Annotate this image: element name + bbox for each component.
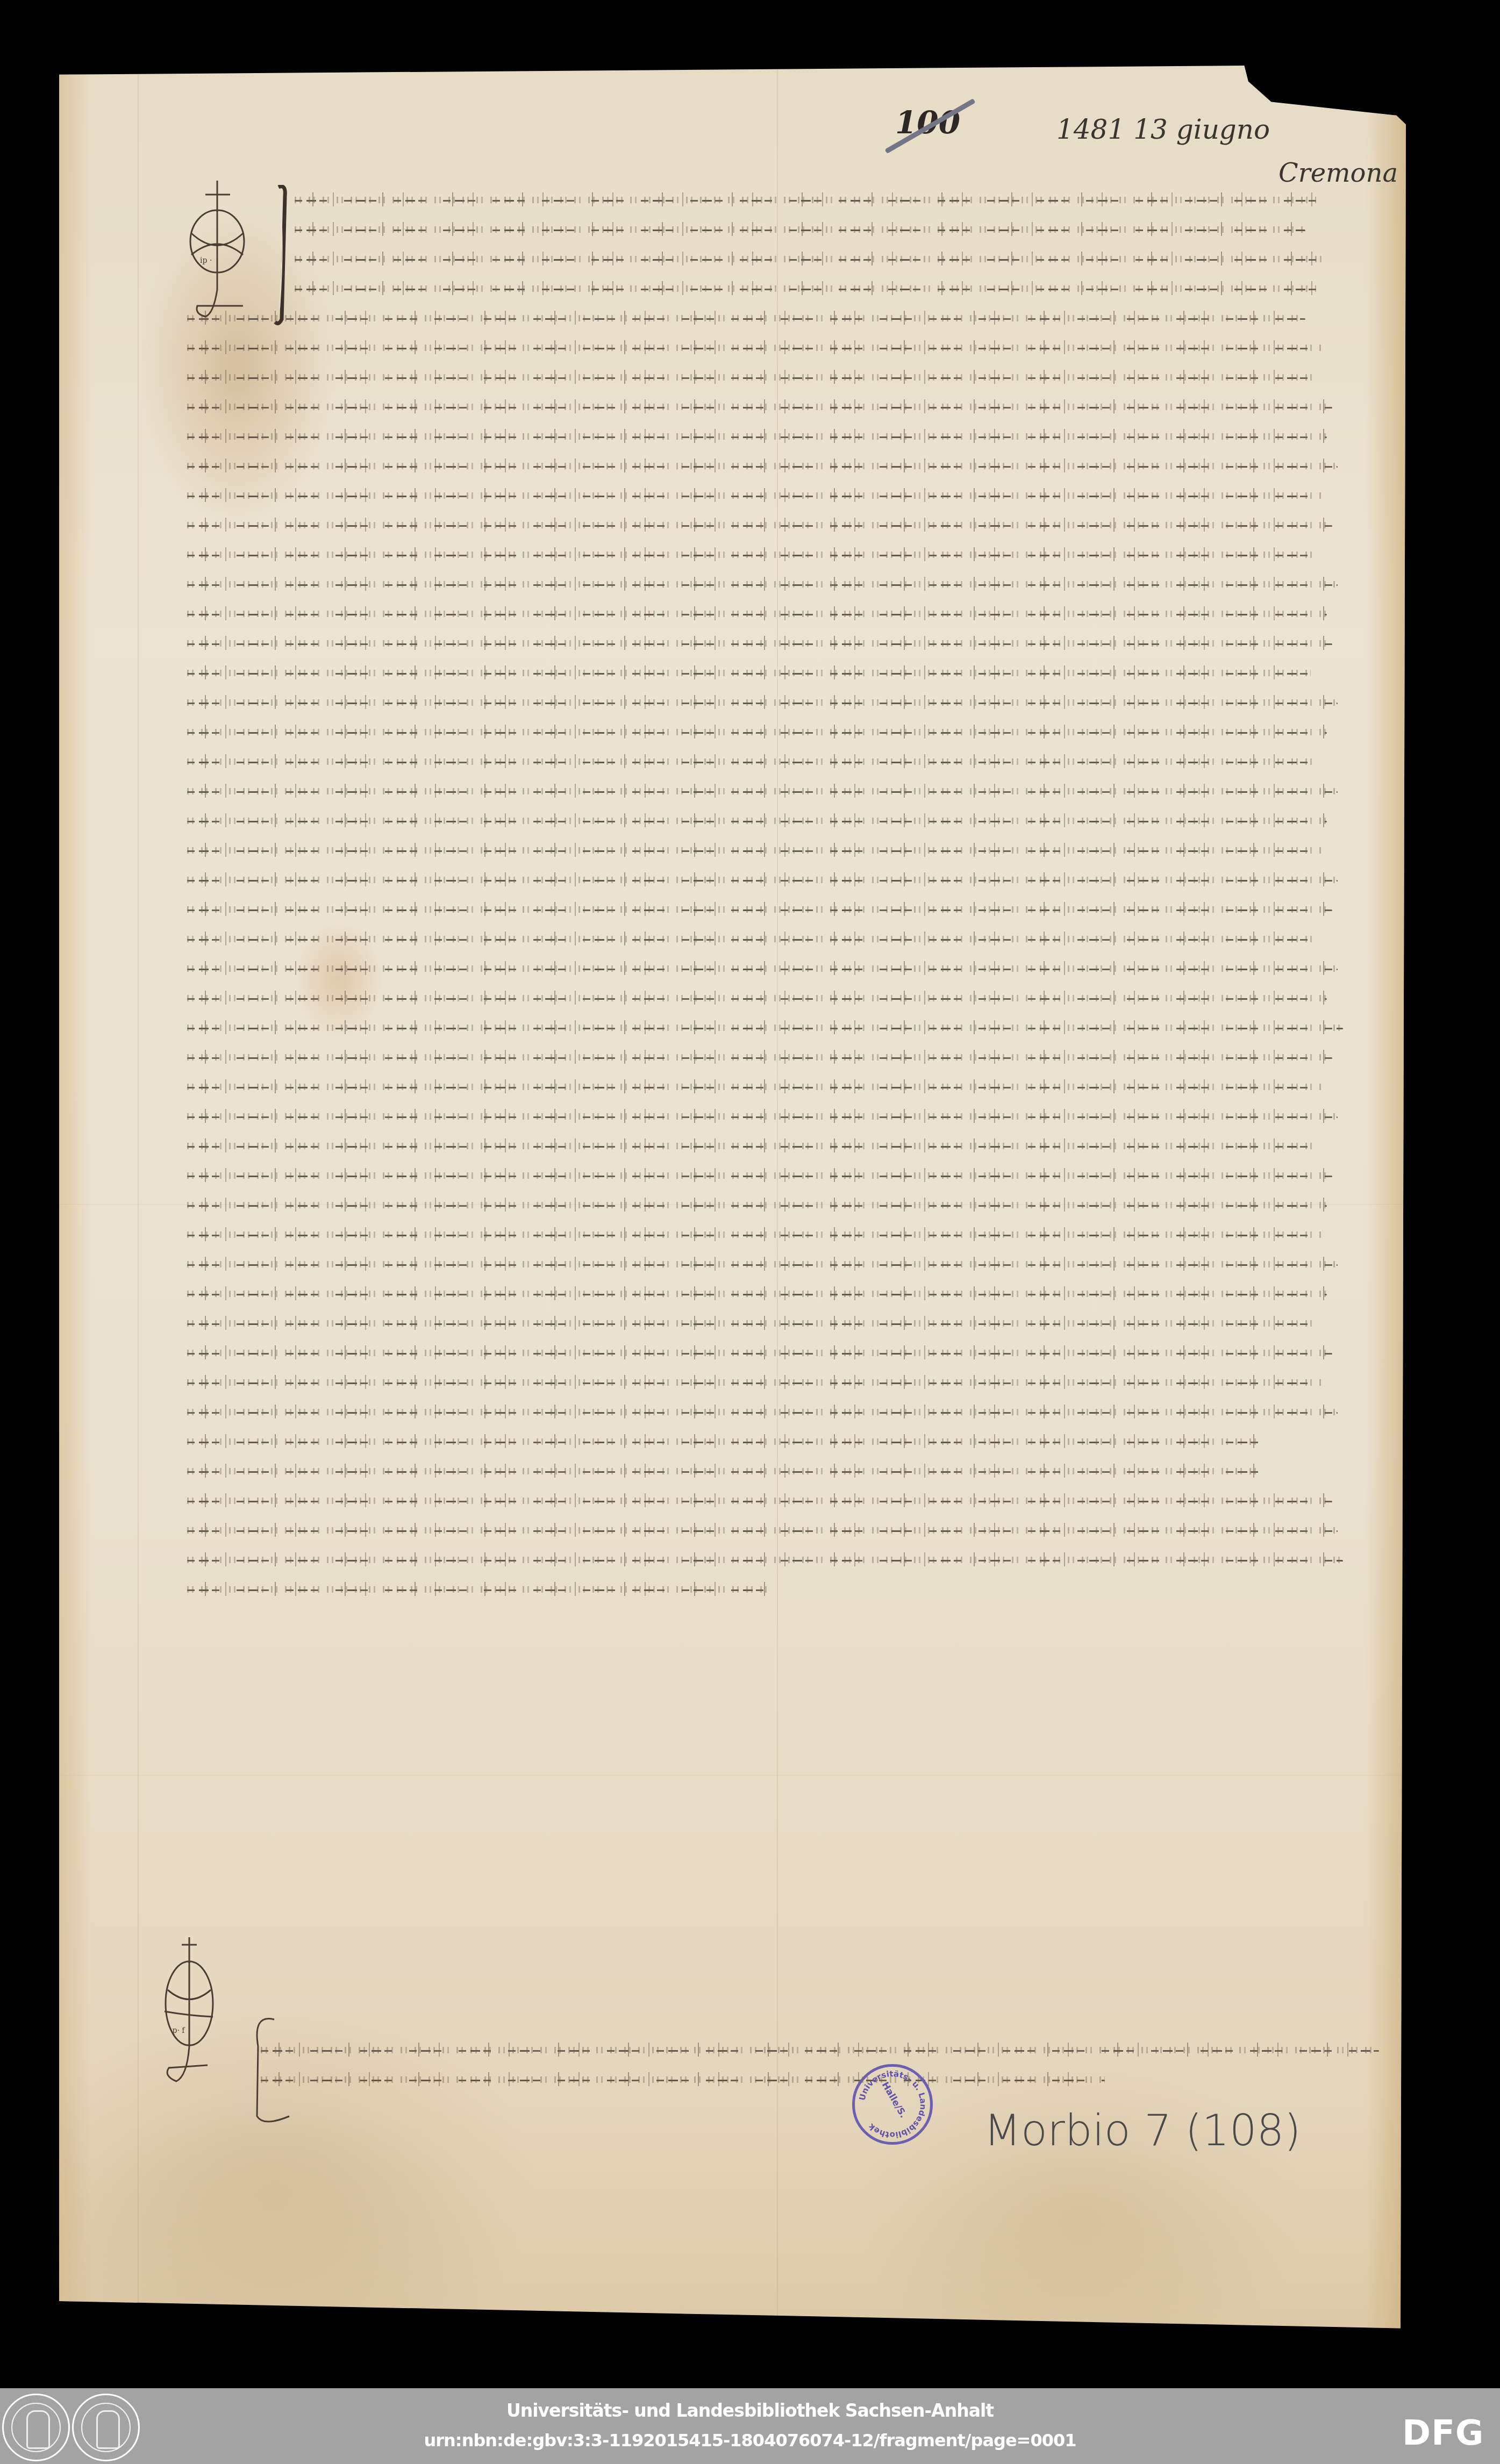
document-viewer: 100 1481 13 giugno Cremona ip · [0, 0, 1500, 2388]
text-line: ... ... ... ... ... omnia [187, 1578, 1359, 1607]
struck-folio-number: 100 [895, 104, 960, 141]
text-line: ... de ... Cremone ... [187, 425, 1359, 454]
text-line: ... ... ... ... [187, 957, 1359, 986]
text-line: ... Johannis ... [187, 484, 1359, 513]
text-line: ... ... ... ... [187, 720, 1359, 750]
svg-text:·p· f: ·p· f [170, 2026, 185, 2035]
library-stamp: Universitäts- u. Landesbibliothek Halle/… [852, 2064, 933, 2145]
text-line: ... Johannem Crispi ... [187, 1223, 1359, 1252]
text-line: ... Johannem ... [187, 602, 1359, 632]
date-annotation: 1481 13 giugno [1056, 114, 1270, 145]
text-line: ... ... ... ... [187, 1134, 1359, 1164]
manuscript-body-text: In Christi nomine Amen. Anno ab Incarnat… [187, 188, 1359, 1607]
text-line: ... ... ... ... [187, 898, 1359, 927]
text-line: ... ... ... ... [187, 1164, 1359, 1193]
text-line: ... Johanni Crispi ... [187, 750, 1359, 779]
text-line: ... ... ... ... [187, 839, 1359, 868]
text-line: ... Johannes Crispi ... [187, 691, 1359, 720]
text-line: ... ... ... ... [187, 1518, 1359, 1548]
text-line: ... ... ... ... [187, 779, 1359, 809]
text-line: ... predictis ... [187, 572, 1359, 602]
text-line: ... ... ... ... [187, 1016, 1359, 1045]
fold-line [59, 1775, 1406, 1775]
text-line: ... ... ... ... [187, 632, 1359, 661]
text-line: ... Christoforus et Ieronimus ad sancta … [187, 1489, 1359, 1518]
text-line: ... ... ... ... [187, 1282, 1359, 1312]
text-line: ipsius egregii Johannis Crispi ... prese… [295, 247, 1359, 277]
text-line: ... Johannis ... Crispi ... [187, 543, 1359, 572]
subscription-line: de collegio notariorum Cremone predictis… [261, 2068, 1390, 2097]
text-line: ... ... ... ... [187, 1371, 1359, 1400]
text-line: ... ... ... ... [187, 927, 1359, 957]
parchment-page: 100 1481 13 giugno Cremona ip · [59, 66, 1406, 2333]
fold-line [138, 66, 139, 2333]
text-line: ... ... ... ... [187, 1193, 1359, 1223]
notary-subscription: Ego Johannes de Folchatis civis Cremone … [261, 2038, 1390, 2097]
text-line: ... ... ... ... [187, 1312, 1359, 1341]
urn-link[interactable]: urn:nbn:de:gbv:3:3-1192015415-1804076074… [0, 2430, 1500, 2451]
text-line: ... ad ... vendidit ... [187, 336, 1359, 366]
footer-bar: Universitäts- und Landesbibliothek Sachs… [0, 2388, 1500, 2464]
notarial-sign-subscription-icon: ·p· f [161, 1936, 220, 2094]
text-line: ... ... ... ... [187, 1459, 1359, 1489]
text-line: ... Johannis Crispi ... [187, 1341, 1359, 1371]
text-line: quartadecima, die tredecimo mensis Junii… [295, 218, 1359, 247]
text-line: ... ... ... ... [187, 1430, 1359, 1459]
place-annotation: Cremona [1278, 158, 1398, 188]
text-line: ... ... ... ... [187, 1075, 1359, 1105]
subscription-line: Ego Johannes de Folchatis civis Cremone … [261, 2038, 1390, 2068]
text-line: ... ... ... ... [187, 661, 1359, 691]
text-line: ... Cremone ... [187, 395, 1359, 425]
text-line: dicto ... et Laurentio de Gandolfis, omn… [295, 277, 1359, 306]
text-line: ... ... ... ... [187, 868, 1359, 898]
text-line: rogatus ... Crispi, Cristoforus et Ieron… [187, 306, 1359, 336]
institution-name: Universitäts- und Landesbibliothek Sachs… [0, 2400, 1500, 2421]
text-line: ... ... ... ... [187, 986, 1359, 1016]
text-line: ... Ambrosius ... et Ieronimus ... [187, 1548, 1359, 1578]
text-line: In Christi nomine Amen. Anno ab Incarnat… [295, 188, 1359, 218]
text-line: ... ... ... ... [187, 1045, 1359, 1075]
text-line: ... ... ... ... [187, 1252, 1359, 1282]
text-line: ... Cremone ... [187, 513, 1359, 543]
shelfmark-annotation: Morbio 7 (108) [984, 2105, 1301, 2155]
text-line: ... et ... de ... [187, 454, 1359, 484]
text-line: ... Johannis de ... [187, 366, 1359, 395]
text-line: ... ... ... ... [187, 809, 1359, 839]
text-line: ... Johanni Crispi ... [187, 1105, 1359, 1134]
dfg-logo: DFG [1402, 2416, 1484, 2451]
text-line: ... ... ... ... [187, 1400, 1359, 1430]
